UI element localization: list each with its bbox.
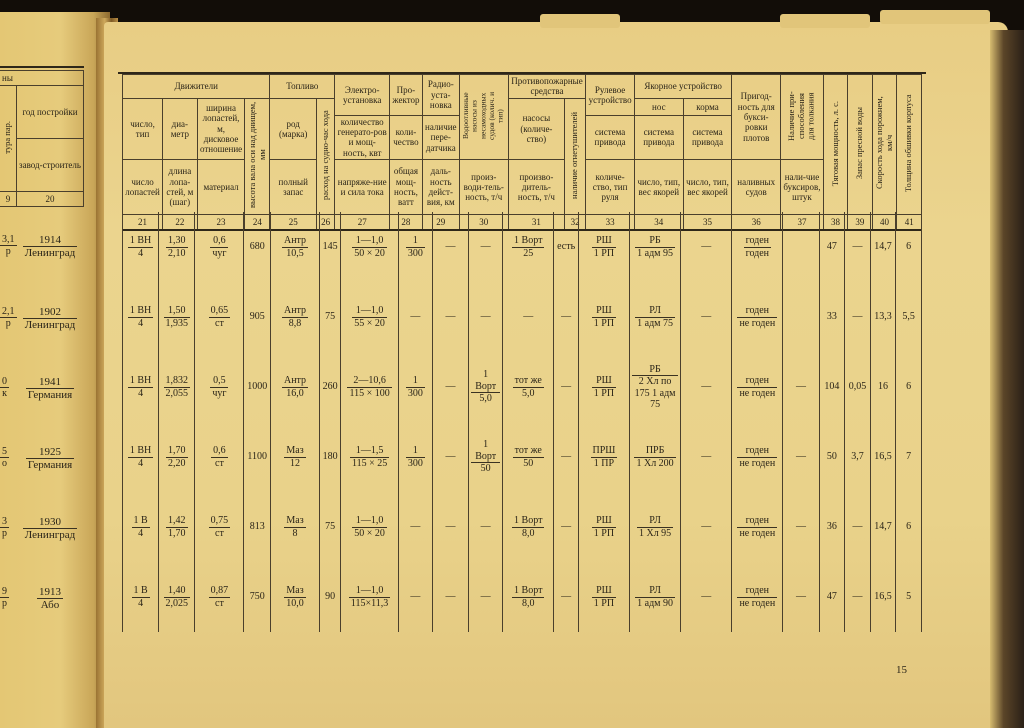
header-year-built: год постройки xyxy=(17,86,84,139)
group-steering: Рулевое устройство xyxy=(586,75,635,116)
page-edge-shadow xyxy=(990,30,1024,728)
cell-generators-voltage: 1—1,050 × 20 xyxy=(341,492,399,562)
cell-blade-width-material: 0,65ст xyxy=(195,282,244,352)
cell-fuel-consumption: 75 xyxy=(320,282,341,352)
cell-radio: — xyxy=(432,422,468,492)
cell-fuel-type-stock: Маз10,0 xyxy=(271,562,320,632)
cell-searchlight: — xyxy=(398,562,432,632)
partial-rotated-header: тура пар. xyxy=(0,86,17,192)
cell-generators-voltage: 2—10,6115 × 100 xyxy=(341,352,399,422)
col-number: 20 xyxy=(17,192,84,207)
cell-fire-pumps: 1 Ворт8,0 xyxy=(503,492,554,562)
cell-propeller-count-type: 1 ВН4 xyxy=(123,352,159,422)
cell-steering: РШ1 РП xyxy=(578,282,629,352)
table-top-rule xyxy=(0,66,84,68)
cell-tow-power: 104 xyxy=(819,352,845,422)
cell-speed: 13,3 xyxy=(870,282,896,352)
builder: Ленинград xyxy=(23,247,77,259)
header-range: даль-ность дейст-вия, км xyxy=(422,160,459,215)
cell-propeller-diameter: 1,8322,055 xyxy=(159,352,195,422)
cell-stern-anchor: — xyxy=(681,492,732,562)
cell-hull-thickness: 5 xyxy=(896,562,922,632)
cell-tow-power: 47 xyxy=(819,212,845,282)
cell-shaft-height: 1100 xyxy=(244,422,271,492)
cell-blade-width-material: 0,87ст xyxy=(195,562,244,632)
cell-extinguishers: есть xyxy=(554,212,579,282)
cell-tow-power: 36 xyxy=(819,492,845,562)
table-row: 1 ВН41,8322,0550,5чуг1000Антр16,02602—10… xyxy=(123,352,922,422)
cell-propeller-diameter: 1,421,70 xyxy=(159,492,195,562)
cell-stern-anchor: — xyxy=(681,352,732,422)
cell-extinguishers: — xyxy=(554,492,579,562)
cell-fresh-water: — xyxy=(845,282,871,352)
header-tow-power: Тяговая мощность, л. с. xyxy=(823,75,847,215)
year-built: 1913 xyxy=(37,586,63,599)
group-anchor: Якорное устройство xyxy=(634,75,731,99)
cell-stern-anchor: — xyxy=(681,562,732,632)
header-blade-count-type: число, тип xyxy=(123,98,163,159)
header-tanker-towing: наливных судов xyxy=(732,160,781,215)
cell-fuel-consumption: 90 xyxy=(320,562,341,632)
cell-fuel-consumption: 260 xyxy=(320,352,341,422)
table-row: 1 ВН41,302,100,6чуг680Антр10,51451—1,050… xyxy=(123,212,922,282)
cell-raft-towing: годенне годен xyxy=(732,562,783,632)
cell-tug-count xyxy=(783,282,819,352)
header-transmitter: наличие пере-датчика xyxy=(422,115,459,159)
cell-fire-pumps: тот же50 xyxy=(503,422,554,492)
cell-propeller-count-type: 1 В4 xyxy=(123,562,159,632)
cell-hull-thickness: 5,5 xyxy=(896,282,922,352)
cell-propeller-diameter: 1,702,20 xyxy=(159,422,195,492)
builder: Германия xyxy=(26,389,74,401)
group-fire-equipment: Противопожарные средства xyxy=(508,75,586,99)
cell-fresh-water: 0,05 xyxy=(845,352,871,422)
header-stern-drive: система привода xyxy=(683,115,732,159)
header-speed: Скорость хода порожнем, км/ч xyxy=(872,75,897,215)
cell-propeller-count-type: 1 ВН4 xyxy=(123,282,159,352)
header-voltage-current: напряже-ние и сила тока xyxy=(335,160,390,215)
cell-speed: 14,7 xyxy=(870,492,896,562)
cell-steering: РШ1 РП xyxy=(578,492,629,562)
cell-fire-pumps: 1 Ворт25 xyxy=(503,212,554,282)
header-fuel-type: род (марка) xyxy=(270,98,317,159)
header-anchor-bow: нос xyxy=(634,98,683,115)
cell-propeller-count-type: 1 В4 xyxy=(123,492,159,562)
header-tug-count: нали-чие буксиров, штук xyxy=(781,160,824,215)
cell-shaft-height: 813 xyxy=(244,492,271,562)
cell-shaft-height: 1000 xyxy=(244,352,271,422)
cell-extinguishers: — xyxy=(554,562,579,632)
cell-propeller-diameter: 1,402,025 xyxy=(159,562,195,632)
cell-tug-count: — xyxy=(783,422,819,492)
header-hull-thickness: Толщина обшивки корпуса xyxy=(897,75,922,215)
header-fuel-consumption: расход на судно-час хода xyxy=(317,98,335,214)
header-total-power: общая мощ-ность, ватт xyxy=(390,160,423,215)
cell-raft-towing: годенгоден xyxy=(732,212,783,282)
cell-generators-voltage: 1—1,055 × 20 xyxy=(341,282,399,352)
cell-fresh-water: 3,7 xyxy=(845,422,871,492)
cell-radio: — xyxy=(432,492,468,562)
header-rudder-type: количе-ство, тип руля xyxy=(586,160,635,215)
cell-hull-thickness: 6 xyxy=(896,352,922,422)
header-fresh-water: Запас пресной воды xyxy=(848,75,872,215)
cell-bow-anchor: РЛ1 адм 75 xyxy=(630,282,681,352)
cell-fresh-water: — xyxy=(845,562,871,632)
header-builder: завод-строитель xyxy=(17,139,84,192)
cell-extinguishers: — xyxy=(554,422,579,492)
cell-tug-count: — xyxy=(783,562,819,632)
cell-speed: 16,5 xyxy=(870,562,896,632)
year-built: 1902 xyxy=(23,306,77,319)
cell-steering: ПРШ1 ПР xyxy=(578,422,629,492)
cell-fire-pumps: 1 Ворт8,0 xyxy=(503,562,554,632)
cell-fresh-water: — xyxy=(845,212,871,282)
header-bow-drive: система привода xyxy=(634,115,683,159)
group-pushing: Наличие при-способления для толкания xyxy=(781,75,824,160)
cell-radio: — xyxy=(432,562,468,632)
torn-edge xyxy=(540,14,620,28)
cell-steering: РШ1 РП xyxy=(578,352,629,422)
cell-bilge-pump: — xyxy=(469,282,503,352)
cell-tow-power: 47 xyxy=(819,562,845,632)
header-searchlight-count: коли-чество xyxy=(390,115,423,159)
header-fire-pump-capacity: произво-дитель-ность, т/ч xyxy=(508,160,564,215)
cell-tow-power: 33 xyxy=(819,282,845,352)
header-extinguishers: наличие огнетушителей xyxy=(565,98,586,214)
cell-hull-thickness: 6 xyxy=(896,212,922,282)
table-body: 1 ВН41,302,100,6чуг680Антр10,51451—1,050… xyxy=(122,212,922,642)
cell-fuel-consumption: 75 xyxy=(320,492,341,562)
cell-fuel-type-stock: Антр10,5 xyxy=(271,212,320,282)
cell-stern-anchor: — xyxy=(681,212,732,282)
year-built: 1941 xyxy=(26,376,74,389)
cell-propeller-count-type: 1 ВН4 xyxy=(123,422,159,492)
cell-raft-towing: годенне годен xyxy=(732,422,783,492)
cell-bilge-pump: 1 Ворт5,0 xyxy=(469,352,503,422)
cell-blade-width-material: 0,6ст xyxy=(195,422,244,492)
cell-propeller-diameter: 1,302,10 xyxy=(159,212,195,282)
cell-bilge-pump: 1 Ворт50 xyxy=(469,422,503,492)
cell-fuel-type-stock: Маз8 xyxy=(271,492,320,562)
header-bilge-capacity: произ-води-тель-ность, т/ч xyxy=(459,160,508,215)
year-built: 1925 xyxy=(26,446,74,459)
cell-tug-count: — xyxy=(783,492,819,562)
cell-radio: — xyxy=(432,352,468,422)
cell-generators-voltage: 1—1,050 × 20 xyxy=(341,212,399,282)
cell-blade-width-material: 0,5чуг xyxy=(195,352,244,422)
cell-bow-anchor: РЛ1 Хл 95 xyxy=(630,492,681,562)
cell-tug-count xyxy=(783,212,819,282)
cell-raft-towing: годенне годен xyxy=(732,492,783,562)
cell-fuel-type-stock: Антр16,0 xyxy=(271,352,320,422)
header-generators: количество генерато-ров и мощ-ность, квт xyxy=(335,115,390,159)
partial-header: ны xyxy=(0,71,84,86)
header-shaft-height: высота вала оси над днищем, мм xyxy=(245,98,270,214)
builder: Германия xyxy=(26,459,74,471)
year-built: 1914 xyxy=(23,234,77,247)
page-number: 15 xyxy=(896,664,907,676)
cell-raft-towing: годенне годен xyxy=(732,352,783,422)
cell-generators-voltage: 1—1,5115 × 25 xyxy=(341,422,399,492)
cell-tow-power: 50 xyxy=(819,422,845,492)
cell-bow-anchor: РЛ1 адм 90 xyxy=(630,562,681,632)
cell-fuel-type-stock: Антр8,8 xyxy=(271,282,320,352)
cell-fire-pumps: — xyxy=(503,282,554,352)
group-raft-towing: Пригод-ность для букси-ровки плотов xyxy=(732,75,781,160)
table-row: 1 В41,421,700,75ст813Маз8751—1,050 × 20—… xyxy=(123,492,922,562)
cell-hull-thickness: 6 xyxy=(896,492,922,562)
group-searchlight: Про-жектор xyxy=(390,75,423,116)
col-number: 9 xyxy=(0,192,17,207)
cell-blade-width-material: 0,6чуг xyxy=(195,212,244,282)
cell-steering: РШ1 РП xyxy=(578,212,629,282)
group-propulsors: Движители xyxy=(123,75,270,99)
cell-bilge-pump: — xyxy=(469,212,503,282)
cell-propeller-count-type: 1 ВН4 xyxy=(123,212,159,282)
cell-searchlight: 1300 xyxy=(398,212,432,282)
cell-fuel-type-stock: Маз12 xyxy=(271,422,320,492)
builder: Ленинград xyxy=(23,319,77,331)
year-built: 1930 xyxy=(23,516,77,529)
header-diameter: диа-метр xyxy=(163,98,198,159)
cell-fuel-consumption: 145 xyxy=(320,212,341,282)
cell-bow-anchor: РБ1 адм 95 xyxy=(630,212,681,282)
cell-raft-towing: годенне годен xyxy=(732,282,783,352)
group-radio: Радио-уста-новка xyxy=(422,75,459,116)
header-blade-length: длина лопа-стей, м (шаг) xyxy=(163,160,198,215)
cell-fuel-consumption: 180 xyxy=(320,422,341,492)
cell-radio: — xyxy=(432,282,468,352)
header-material: материал xyxy=(197,160,245,215)
cell-stern-anchor: — xyxy=(681,282,732,352)
cell-extinguishers: — xyxy=(554,352,579,422)
group-electric: Электро-установка xyxy=(335,75,390,116)
left-table-grid: ны тура пар. год постройки завод-строите… xyxy=(0,70,84,207)
builder: Ленинград xyxy=(23,529,77,541)
cell-fire-pumps: тот же5,0 xyxy=(503,352,554,422)
builder: Або xyxy=(37,599,63,611)
cell-shaft-height: 750 xyxy=(244,562,271,632)
cell-fresh-water: — xyxy=(845,492,871,562)
table-row: 1 В41,402,0250,87ст750Маз10,0901—1,0115×… xyxy=(123,562,922,632)
header-blade-number: число лопастей xyxy=(123,160,163,215)
cell-searchlight: 1300 xyxy=(398,422,432,492)
cell-speed: 16 xyxy=(870,352,896,422)
cell-tug-count: — xyxy=(783,352,819,422)
cell-extinguishers: — xyxy=(554,282,579,352)
data-grid: 1 ВН41,302,100,6чуг680Антр10,51451—1,050… xyxy=(122,212,922,632)
table-row: 1 ВН41,501,9350,65ст905Антр8,8751—1,055 … xyxy=(123,282,922,352)
header-bow-anchors: число, тип, вес якорей xyxy=(634,160,683,215)
cell-hull-thickness: 7 xyxy=(896,422,922,492)
torn-edge xyxy=(780,14,870,28)
header-steering-drive: система привода xyxy=(586,115,635,159)
cell-bilge-pump: — xyxy=(469,562,503,632)
cell-searchlight: — xyxy=(398,492,432,562)
cell-bow-anchor: ПРБ1 Хл 200 xyxy=(630,422,681,492)
header-anchor-stern: корма xyxy=(683,98,732,115)
cell-blade-width-material: 0,75ст xyxy=(195,492,244,562)
cell-searchlight: 1300 xyxy=(398,352,432,422)
table-row: 1 ВН41,702,200,6ст1100Маз121801—1,5115 ×… xyxy=(123,422,922,492)
cell-propeller-diameter: 1,501,935 xyxy=(159,282,195,352)
group-fuel: Топливо xyxy=(270,75,335,99)
cell-bow-anchor: РБ2 Хл по 175 1 адм 75 xyxy=(630,352,681,422)
cell-generators-voltage: 1—1,0115×11,3 xyxy=(341,562,399,632)
torn-edge xyxy=(880,10,990,24)
header-stern-anchors: число, тип, вес якорей xyxy=(683,160,732,215)
cell-shaft-height: 680 xyxy=(244,212,271,282)
cell-steering: РШ1 РП xyxy=(578,562,629,632)
cell-radio: — xyxy=(432,212,468,282)
header-full-stock: полный запас xyxy=(270,160,317,215)
cell-speed: 16,5 xyxy=(870,422,896,492)
cell-speed: 14,7 xyxy=(870,212,896,282)
cell-bilge-pump: — xyxy=(469,492,503,562)
header-fire-pumps: насосы (количе-ство) xyxy=(508,98,564,159)
cell-stern-anchor: — xyxy=(681,422,732,492)
header-blade-width: ширина лопастей, м, дисковое отношение xyxy=(197,98,245,159)
cell-shaft-height: 905 xyxy=(244,282,271,352)
group-bilge-pumps: Водоотливные насосы из несамоходных судо… xyxy=(459,75,508,160)
cell-searchlight: — xyxy=(398,282,432,352)
